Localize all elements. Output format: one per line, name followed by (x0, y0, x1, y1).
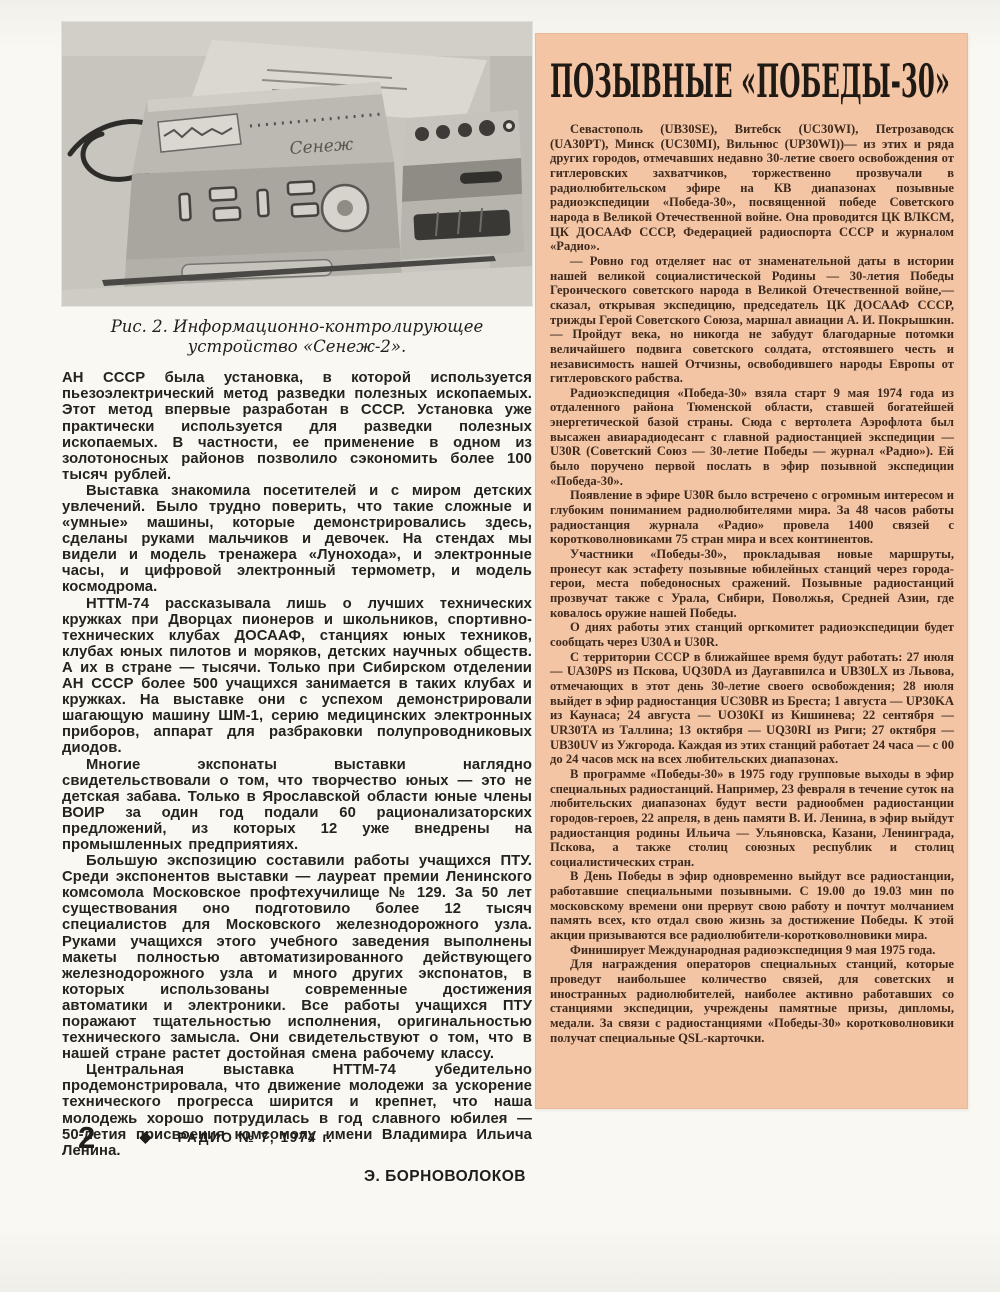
panel-title-text: ПОЗЫВНЫЕ «ПОБЕДЫ-30» (550, 54, 950, 108)
device-photo: Сенеж (62, 22, 532, 306)
panel-paragraph: В программе «Победы-30» в 1975 году груп… (550, 767, 954, 870)
device-photo-illustration: Сенеж (62, 22, 532, 306)
article-paragraph: АН СССР была установка, в которой исполь… (62, 370, 532, 483)
panel-paragraph: Появление в эфире U30R было встречено с … (550, 488, 954, 547)
article-paragraph: Выставка знакомила посетителей и с миром… (62, 483, 532, 596)
article-body: АН СССР была установка, в которой исполь… (62, 370, 532, 1159)
magazine-page: Сенеж (0, 0, 1000, 1292)
panel-paragraph: — Ровно год отделяет нас от знаменательн… (550, 254, 954, 386)
panel-paragraph: С территории СССР в ближайшее время буду… (550, 650, 954, 767)
panel-paragraph: В День Победы в эфир одновременно выйдут… (550, 869, 954, 942)
article-paragraph: Большую экспозицию составили работы учащ… (62, 853, 532, 1062)
diamond-icon: ◆ (139, 1127, 151, 1147)
page-number: 2 (78, 1122, 95, 1153)
panel-paragraph: Участники «Победы-30», прокладывая новые… (550, 547, 954, 620)
panel-title: ПОЗЫВНЫЕ «ПОБЕДЫ-30» (550, 51, 954, 109)
figure-caption: Рис. 2. Информационно-контролирующее уст… (62, 317, 532, 357)
pobeda30-panel: ПОЗЫВНЫЕ «ПОБЕДЫ-30» Севастополь (UB30SE… (535, 33, 968, 1109)
magazine-issue-label: РАДИО № 7, 1974 г. (178, 1130, 334, 1145)
left-column: Сенеж (62, 22, 532, 1186)
panel-paragraph: Радиоэкспедиция «Победа-30» взяла старт … (550, 386, 954, 489)
page-footer: 2 ◆ РАДИО № 7, 1974 г. (78, 1120, 334, 1154)
panel-paragraph: Севастополь (UB30SE), Витебск (UC30WI), … (550, 122, 954, 254)
article-paragraph: НТТМ-74 рассказывала лишь о лучших техни… (62, 596, 532, 757)
panel-paragraph: Для награждения операторов специальных с… (550, 957, 954, 1045)
panel-paragraph: Финиширует Международная радиоэкспедиция… (550, 943, 954, 958)
author-byline: Э. БОРНОВОЛОКОВ (62, 1168, 532, 1186)
panel-body: Севастополь (UB30SE), Витебск (UC30WI), … (550, 122, 954, 1045)
article-paragraph: Многие экспонаты выставки наглядно свиде… (62, 757, 532, 854)
panel-paragraph: О днях работы этих станций оргкомитет ра… (550, 620, 954, 649)
